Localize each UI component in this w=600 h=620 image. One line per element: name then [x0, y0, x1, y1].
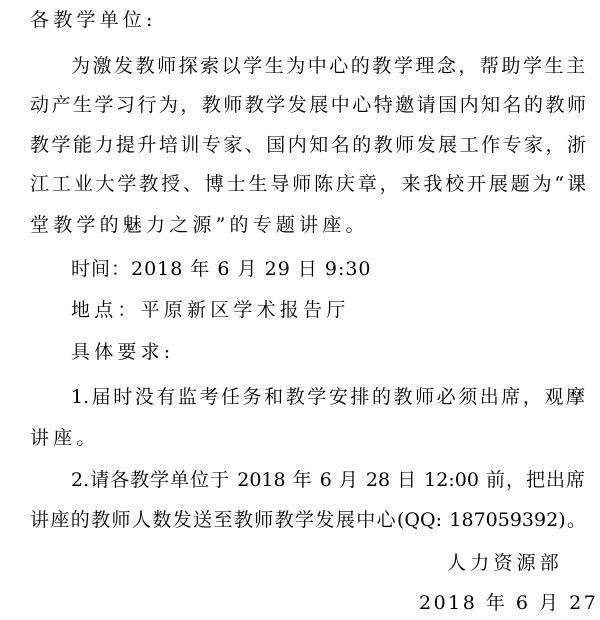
body-line-2: 动产生学习行为，教师教学发展中心特邀请国内知名的教师 [30, 93, 586, 117]
requirements-heading: 具体要求: [71, 340, 174, 364]
requirement-2-line-1: 2.请各教学单位于 2018 年 6 月 28 日 12:00 前，把出席 [71, 468, 585, 492]
body-line-3: 教学能力提升培训专家、国内知名的教师发展工作专家，浙 [30, 133, 586, 157]
requirement-1-line-2: 讲座。 [30, 426, 100, 450]
signature-date: 2018 年 6 月 27 日 [419, 591, 600, 615]
body-line-4: 江工业大学教授、博士生导师陈庆章，来我校开展题为“课 [30, 172, 586, 196]
event-time: 时间：2018 年 6 月 29 日 9:30 [71, 257, 372, 281]
body-line-5: 堂教学的魅力之源”的专题讲座。 [30, 213, 369, 237]
event-location: 地点：平原新区学术报告厅 [71, 298, 349, 322]
salutation: 各教学单位: [30, 8, 157, 32]
requirement-2-line-2: 讲座的教师人数发送至教师教学发展中心(QQ: 187059392)。 [30, 508, 586, 532]
signature-department: 人力资源部 [447, 551, 563, 575]
body-line-1: 为激发教师探索以学生为中心的教学理念，帮助学生主 [71, 54, 585, 78]
requirement-1-line-1: 1.届时没有监考任务和教学安排的教师必须出席，观摩 [71, 385, 585, 409]
